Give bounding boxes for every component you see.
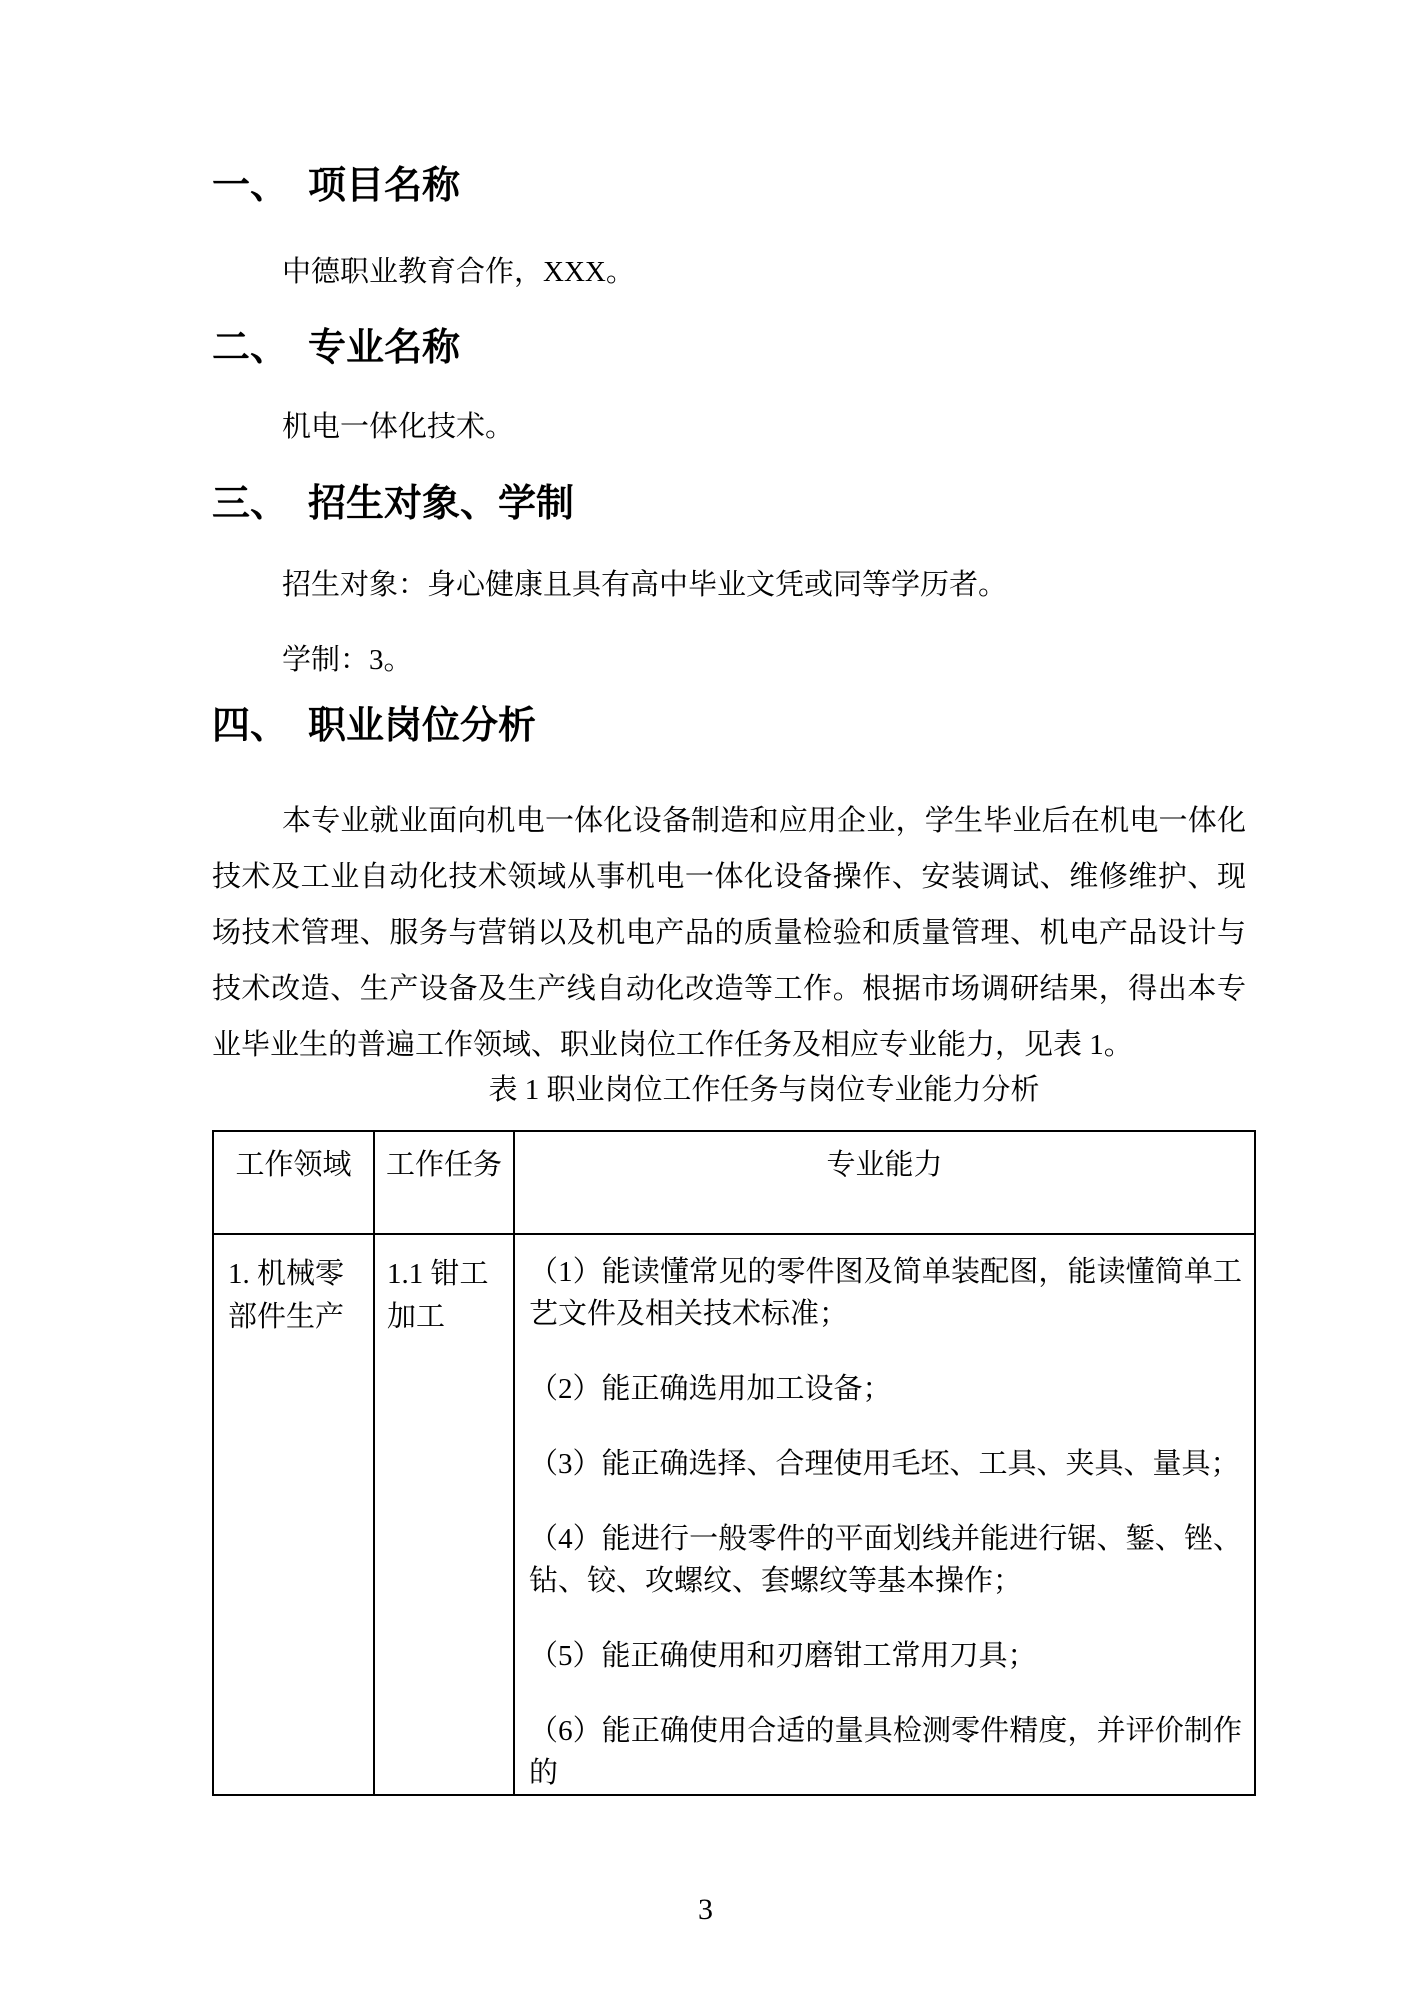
section-heading-1: 一、项目名称 [212,163,1246,207]
section-4-paragraph: 本专业就业面向机电一体化设备制造和应用企业，学生毕业后在机电一体化技术及工业自动… [212,793,1246,1073]
abilities-cell: （1）能读懂常见的零件图及简单装配图，能读懂简单工艺文件及相关技术标准； （2）… [514,1234,1255,1795]
job-analysis-table: 工作领域 工作任务 专业能力 1. 机械零部件生产 1.1 钳工加工 （1）能读… [212,1130,1256,1796]
ability-item: （4）能进行一般零件的平面划线并能进行锯、錾、锉、钻、铰、攻螺纹、套螺纹等基本操… [529,1518,1242,1602]
section-3-paragraph-duration: 学制：3。 [212,643,1246,677]
section-number: 一、 [212,163,288,207]
ability-item: （5）能正确使用和刃磨钳工常用刀具； [529,1635,1242,1677]
section-title: 职业岗位分析 [308,703,536,747]
work-task-cell: 1.1 钳工加工 [374,1234,514,1795]
ability-item: （6）能正确使用合适的量具检测零件精度，并评价制作的 [529,1710,1242,1794]
ability-item: （2）能正确选用加工设备； [529,1368,1242,1410]
section-number: 四、 [212,703,288,747]
table-row: 1. 机械零部件生产 1.1 钳工加工 （1）能读懂常见的零件图及简单装配图，能… [213,1234,1255,1795]
section-heading-4: 四、职业岗位分析 [212,703,1246,747]
section-3-paragraph-enrollment: 招生对象：身心健康且具有高中毕业文凭或同等学历者。 [212,568,1246,602]
section-number: 二、 [212,325,288,369]
section-title: 专业名称 [308,325,460,369]
page-number: 3 [0,1893,1411,1927]
column-header-work-task: 工作任务 [374,1131,514,1234]
section-number: 三、 [212,481,288,525]
section-heading-2: 二、专业名称 [212,325,1246,369]
section-2-paragraph: 机电一体化技术。 [212,410,1246,444]
table-caption: 表 1 职业岗位工作任务与岗位专业能力分析 [212,1073,1246,1107]
document-page: 一、项目名称 中德职业教育合作，XXX。 二、专业名称 机电一体化技术。 三、招… [0,0,1411,1995]
section-heading-3: 三、招生对象、学制 [212,481,1246,525]
document-content: 一、项目名称 中德职业教育合作，XXX。 二、专业名称 机电一体化技术。 三、招… [212,0,1246,1796]
work-area-cell: 1. 机械零部件生产 [213,1234,374,1795]
section-1-paragraph: 中德职业教育合作，XXX。 [212,255,1246,289]
column-header-ability: 专业能力 [514,1131,1255,1234]
column-header-work-area: 工作领域 [213,1131,374,1234]
ability-item: （3）能正确选择、合理使用毛坯、工具、夹具、量具； [529,1443,1242,1485]
table-header-row: 工作领域 工作任务 专业能力 [213,1131,1255,1234]
section-title: 项目名称 [308,163,460,207]
ability-item: （1）能读懂常见的零件图及简单装配图，能读懂简单工艺文件及相关技术标准； [529,1251,1242,1335]
section-title: 招生对象、学制 [308,481,574,525]
